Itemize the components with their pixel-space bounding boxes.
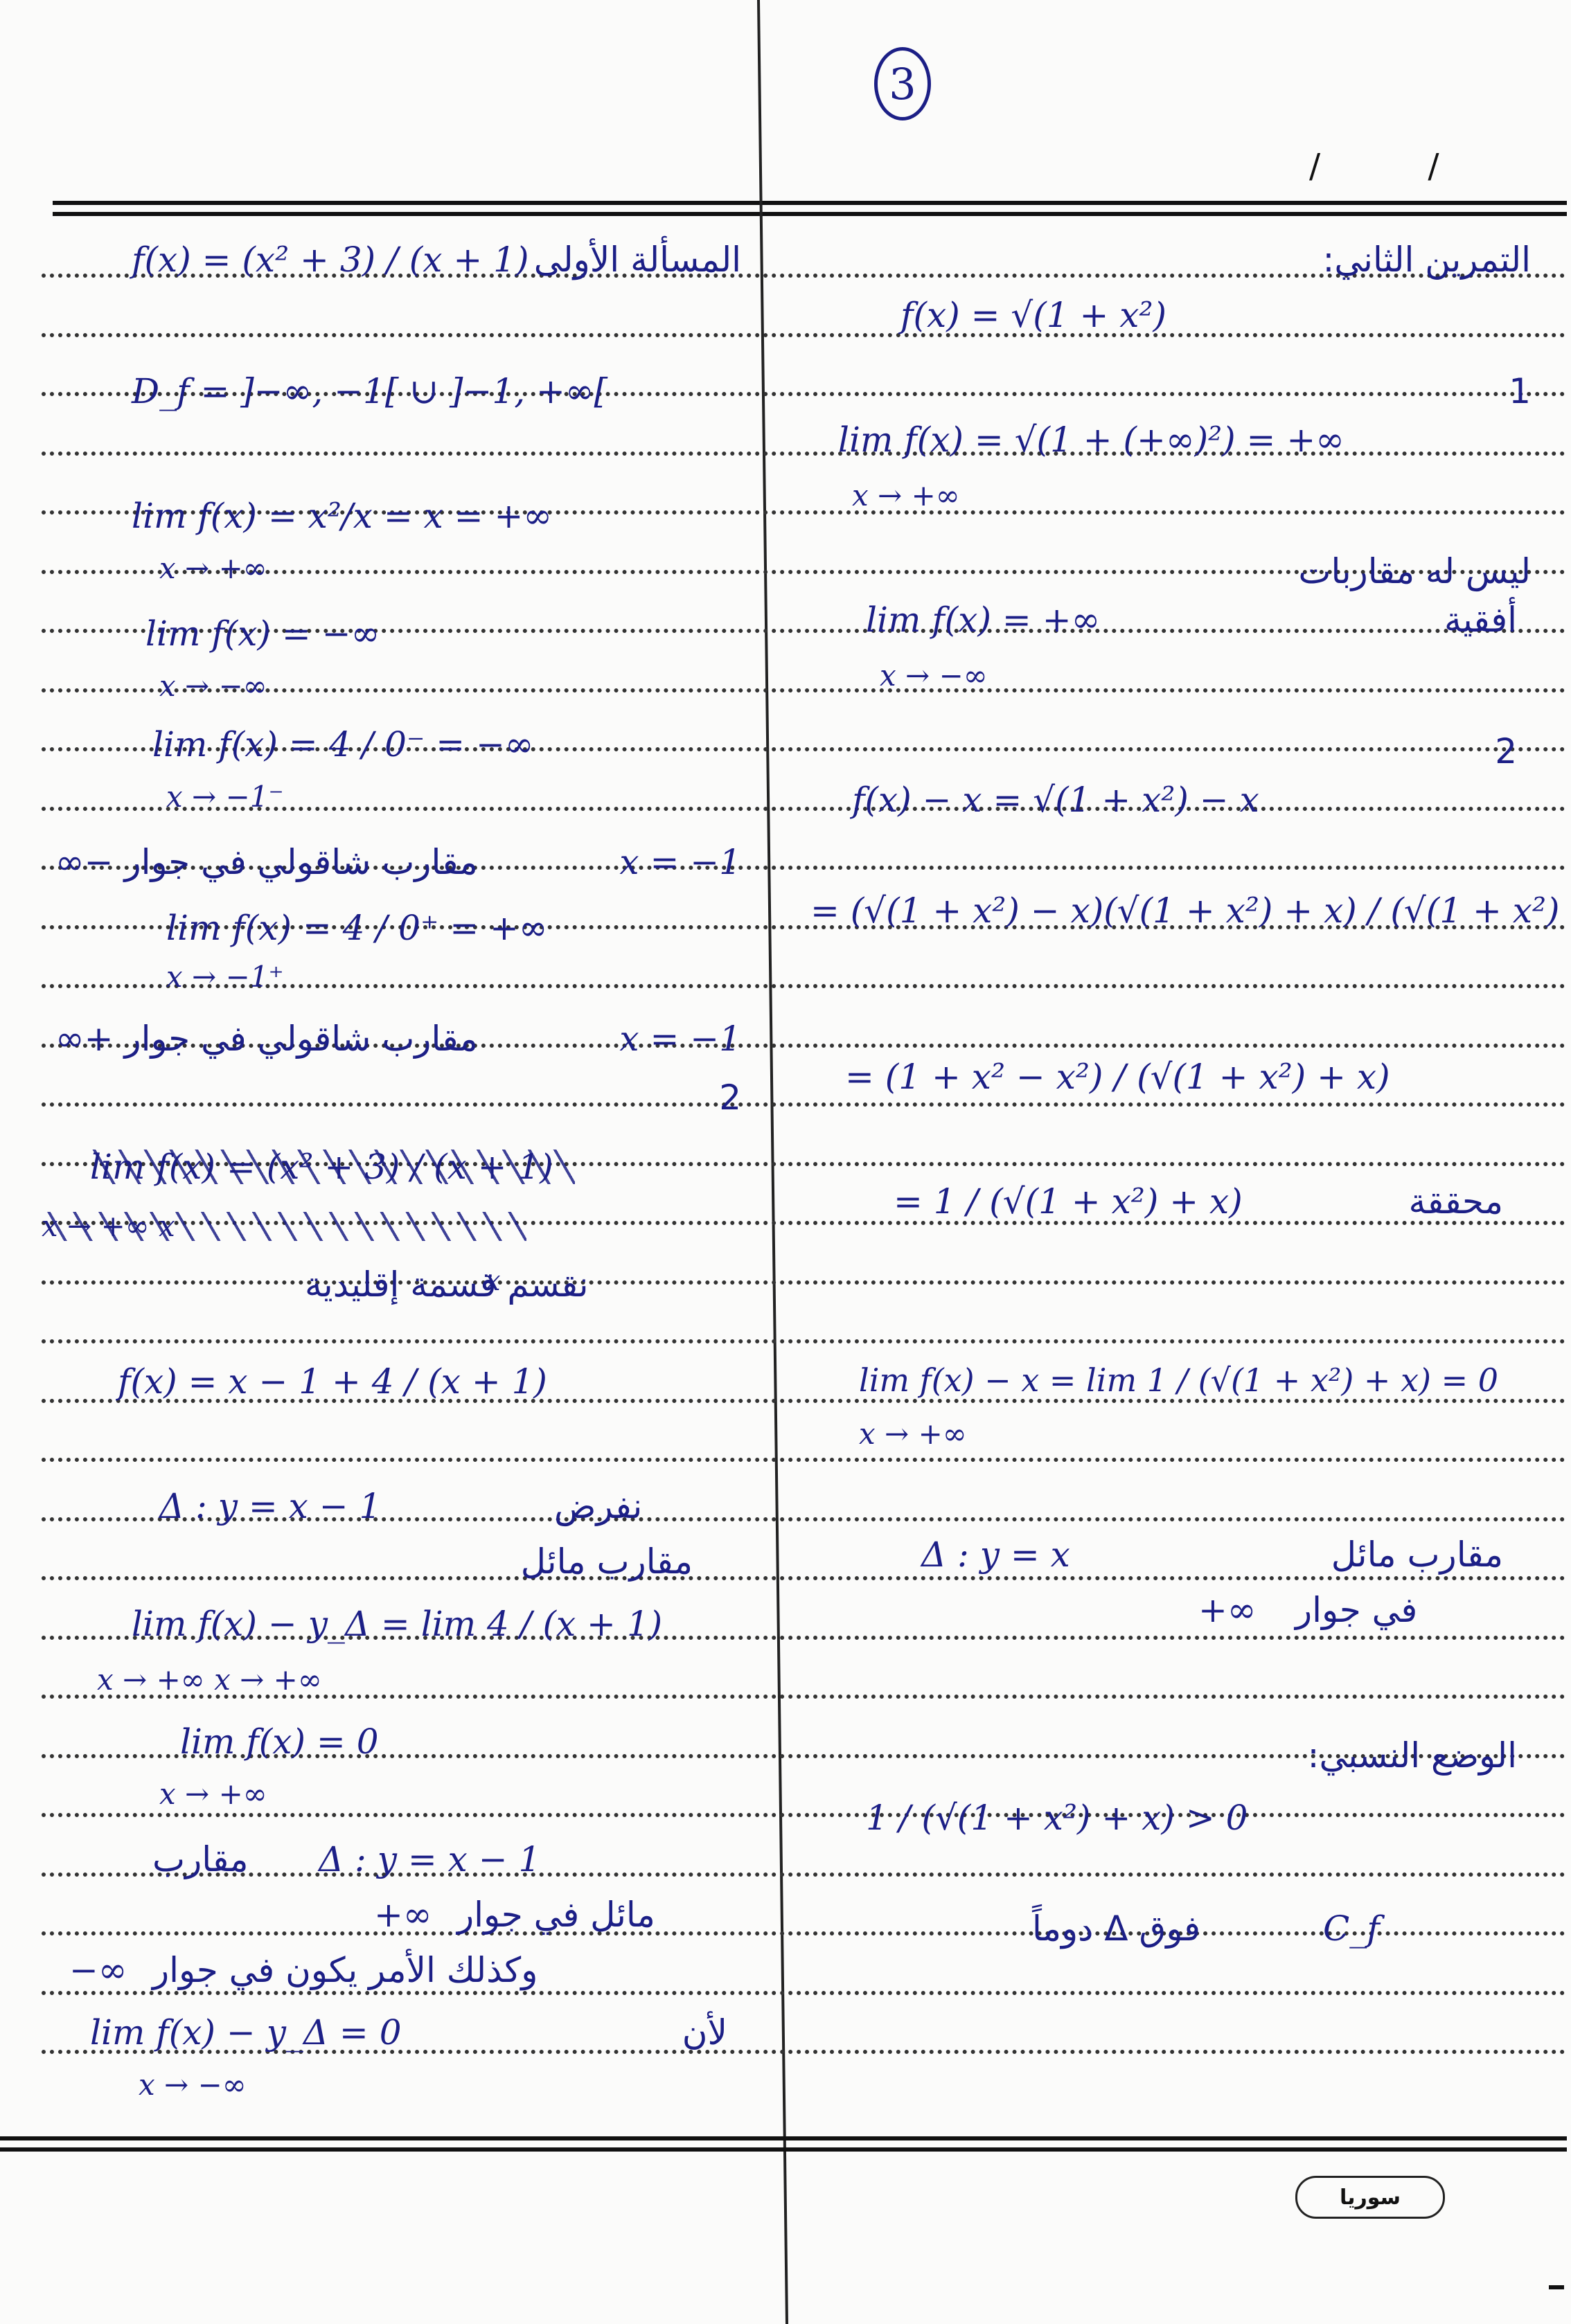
row-limit-minus-inf-zero-sub: x → −∞ [139,2071,755,2100]
ruled-line [42,1102,1565,1107]
bottom-double-rule [0,2136,1567,2156]
row-limit-sqrt-plus-sub: x → +∞ [852,481,1559,510]
row-relative-position-title: الوضع النسبي: [1308,1738,1517,1773]
row-limit-plus-inf-sub: x → +∞ [159,554,755,583]
row-f-minus-x: f(x) − x = √(1 + x²) − x [852,783,1559,817]
row-domain: D_f = ]−∞, −1[ ∪ ]−1, +∞[ [132,374,755,409]
row-limit-minus-one-left: lim f(x) = 4 / 0⁻ = −∞ [152,727,755,762]
row-f-decomposed: f(x) = x − 1 + 4 / (x + 1) [118,1364,755,1399]
ruled-line [42,333,1565,337]
row-no-asymptotes: ليس له مقاربات [1298,554,1531,589]
corner-mark [1549,2285,1564,2289]
row-limit-zero-sub: x → +∞ [159,1780,755,1809]
row-conjugate: = (√(1 + x²) − x)(√(1 + x²) + x) / (√(1 … [810,893,1559,928]
row-limit-plus-inf: lim f(x) = x²/x = x = +∞ [132,499,755,533]
row-limit-zero: lim f(x) = 0 [180,1724,755,1759]
row-limit-f-minus-x-sub: x → +∞ [859,1420,1559,1449]
row-limit-minus-one-right-sub: x → −1⁺ [166,963,755,992]
ruled-line [42,1576,1565,1580]
part-label-2-right: 2 [1495,734,1517,769]
row-simplified: = (1 + x² − x²) / (√(1 + x²) + x) [845,1060,1559,1094]
ruled-line [42,1458,1565,1462]
ruled-line [42,1339,1565,1343]
row-limit-minus-one-left-sub: x → −1⁻ [166,783,755,812]
ruled-line [42,1991,1565,1995]
ruled-line [42,1872,1565,1877]
row-limit-minus-one-right: lim f(x) = 4 / 0⁺ = +∞ [166,911,755,945]
row-limit-difference: lim f(x) − y_Δ = lim 4 / (x + 1) [132,1607,755,1641]
crossed-out-limit-sub: x → +∞ x [42,1212,526,1241]
row-positive-inequality: 1 / (√(1 + x²) + x) > 0 [866,1800,1559,1835]
row-limit-minus-inf-sub: x → −∞ [159,672,755,701]
row-function-sqrt: f(x) = √(1 + x²) [900,298,1559,332]
row-limit-sqrt-minus-sub: x → −∞ [880,661,1559,690]
exercise-2-title: التمرين الثاني: [1323,242,1531,277]
crossed-out-limit: lim f(x) = (x² + 3) / (x + 1) [90,1150,575,1184]
part-label-2: 2 [719,1080,741,1115]
footer-badge: سوريا [1295,2176,1445,2219]
row-limit-sqrt-plus: lim f(x) = √(1 + (+∞)²) = +∞ [838,422,1559,457]
ruled-line [42,1280,1565,1285]
row-limit-f-minus-x: lim f(x) − x = lim 1 / (√(1 + x²) + x) =… [859,1364,1559,1396]
row-limit-minus-inf: lim f(x) = −∞ [145,616,755,651]
row-limit-difference-sub: x → +∞ x → +∞ [97,1665,755,1695]
part-label-1: 1 [1509,374,1531,409]
row-oblique-asymptote-label: مقارب مائل [457,1544,693,1579]
